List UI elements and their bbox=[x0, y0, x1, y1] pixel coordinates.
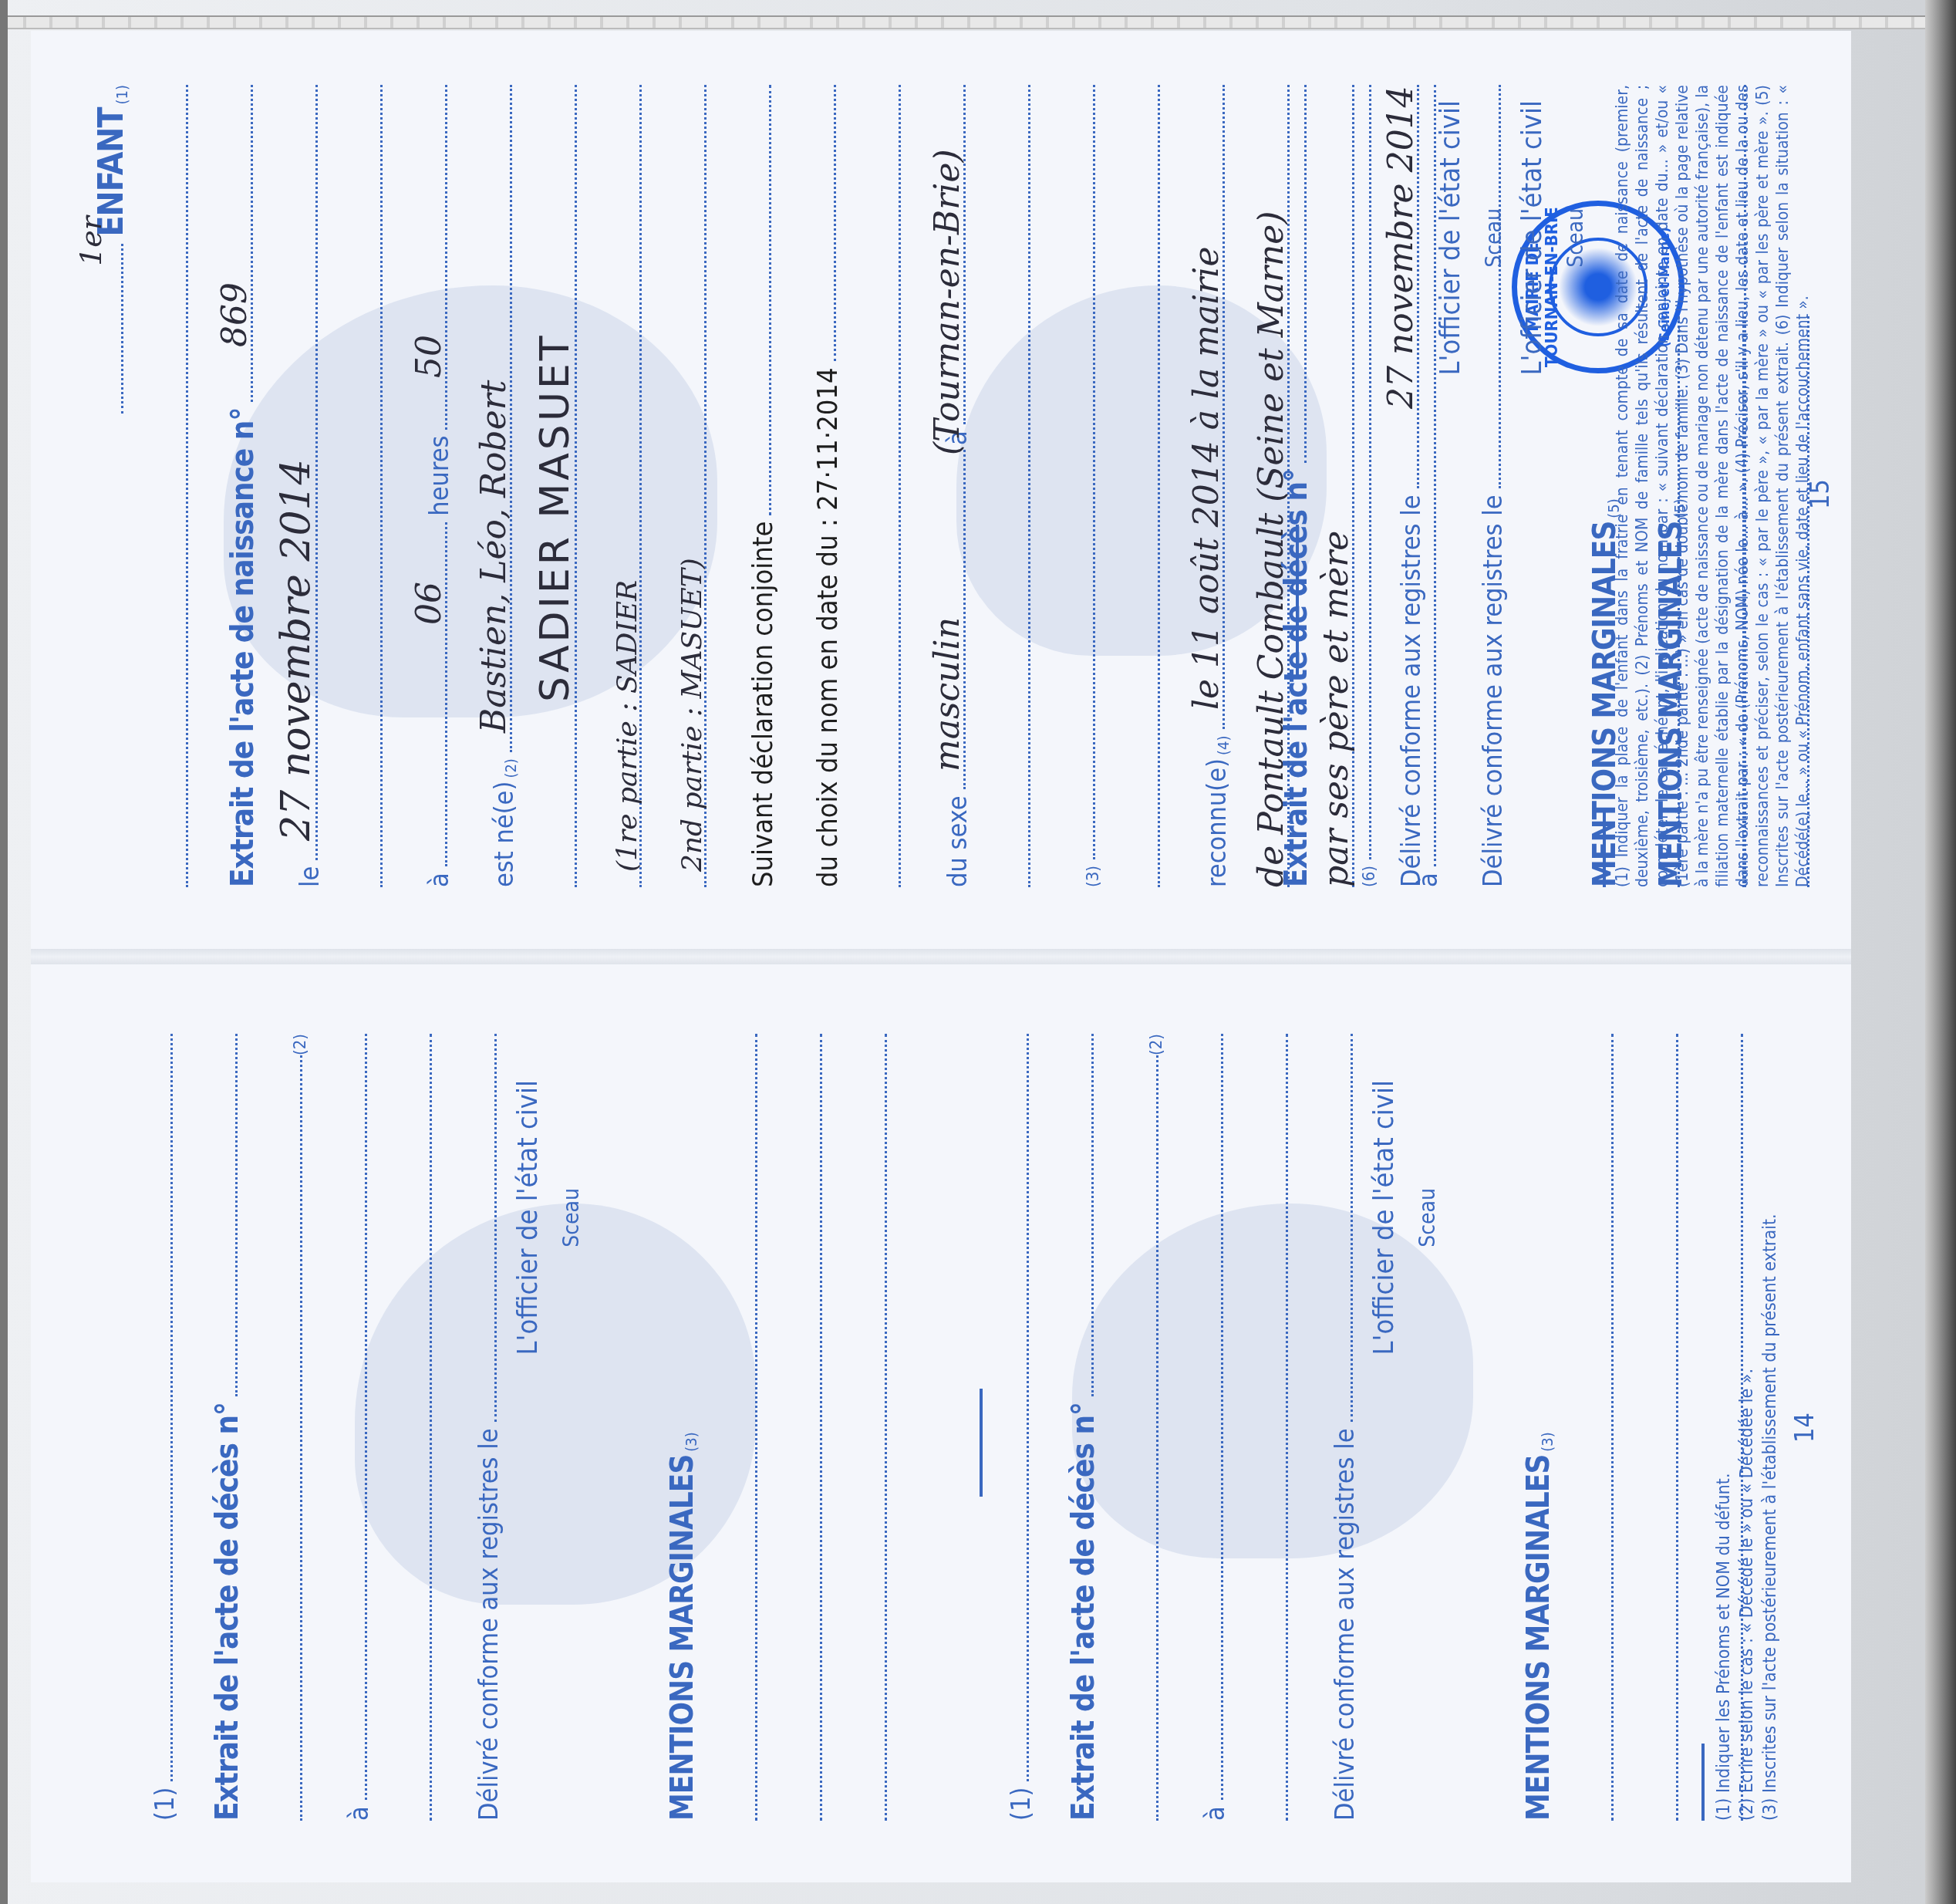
footnote: (2) Ecrire selon le cas : « Décédé le » … bbox=[1735, 1034, 1759, 1821]
name-part-1: (1re partie : SADIER bbox=[612, 580, 643, 872]
page-15: 1er ENFANT (1) Extrait de l'acte de nais… bbox=[31, 31, 1851, 949]
handwritten-rank: 1er bbox=[74, 216, 108, 266]
birth-minutes: 50 bbox=[410, 335, 449, 378]
death-date-field[interactable] bbox=[1369, 85, 1371, 859]
death-extract-1: (1) Extrait de l'acte de décès n° (2) à … bbox=[116, 1034, 895, 1821]
blank-line[interactable] bbox=[186, 85, 188, 887]
mentions-line[interactable] bbox=[820, 1034, 822, 1821]
field-label: à bbox=[424, 873, 455, 887]
livret-de-famille-spread: (1) Extrait de l'acte de décès n° (2) à … bbox=[31, 31, 1851, 1882]
birth-date: 27 novembre 2014 bbox=[273, 459, 319, 841]
mentions-line[interactable] bbox=[885, 1034, 887, 1821]
death-number-field[interactable] bbox=[1091, 1034, 1094, 1396]
field-label: à bbox=[1200, 1806, 1231, 1821]
blank-line[interactable] bbox=[380, 85, 383, 887]
field-label: reconnu(e) bbox=[1202, 758, 1233, 887]
blank-line[interactable] bbox=[769, 85, 771, 515]
section-title: Extrait de l'acte de naissance n° bbox=[225, 408, 261, 887]
section-title: Extrait de l'acte de décès n° bbox=[1279, 469, 1314, 887]
blank-line[interactable] bbox=[1158, 85, 1160, 887]
field-ref: (2) bbox=[501, 758, 520, 778]
field-label: à bbox=[344, 1806, 375, 1821]
footnotes: (1) Indiquer les Prénoms et NOM du défun… bbox=[1712, 1034, 1782, 1821]
field-label: est né(e) bbox=[489, 782, 520, 887]
death-date-field[interactable] bbox=[300, 1055, 302, 1821]
birth-number: 869 bbox=[215, 282, 255, 347]
name-part-2: 2nd partie : MASUET) bbox=[676, 558, 708, 872]
death-place-field-2[interactable] bbox=[1286, 1034, 1288, 1821]
field-label: le bbox=[295, 866, 325, 887]
declaration-text: du choix du nom en date du : 27·11·2014 bbox=[812, 367, 844, 887]
death-date-field[interactable] bbox=[1156, 1055, 1158, 1821]
rank-field[interactable] bbox=[121, 244, 123, 414]
page-number: 14 bbox=[1789, 1413, 1820, 1443]
seal-label: Sceau bbox=[1563, 208, 1588, 268]
sleeve-edge bbox=[0, 0, 8, 1904]
page-14: (1) Extrait de l'acte de décès n° (2) à … bbox=[31, 964, 1851, 1882]
first-names: Bastien, Léo, Robert bbox=[474, 380, 514, 733]
name-field[interactable] bbox=[1027, 1034, 1029, 1781]
delivered-date-field[interactable] bbox=[1499, 85, 1501, 488]
officer-label: L'officier de l'état civil bbox=[1368, 1080, 1400, 1355]
death-place-field-2[interactable] bbox=[430, 1034, 432, 1821]
officer-label: L'officier de l'état civil bbox=[512, 1080, 544, 1355]
field-label: Délivré conforme aux registres le bbox=[1478, 495, 1509, 887]
sleeve-seam bbox=[0, 15, 1928, 29]
booklet-fold bbox=[31, 949, 1851, 964]
place-value: (Tournan-en-Brie) bbox=[928, 149, 967, 455]
field-ref: (1) bbox=[150, 1788, 180, 1821]
field-ref: (3) bbox=[1538, 1432, 1556, 1452]
field-label: Délivré conforme aux registres le bbox=[1330, 1428, 1361, 1821]
officer-label: L'officier de l'état civil bbox=[1516, 100, 1548, 375]
field-ref: (2) bbox=[291, 1034, 310, 1055]
delivered-date-field[interactable] bbox=[494, 1034, 497, 1422]
declaration-text: Suivant déclaration conjointe bbox=[747, 522, 779, 887]
sleeve-edge bbox=[1925, 0, 1956, 1904]
field-label: du sexe bbox=[943, 795, 973, 887]
page-number: 15 bbox=[1805, 479, 1836, 509]
mentions-title: MENTIONS MARGINALES bbox=[1521, 1455, 1556, 1821]
mother-filiation-field[interactable] bbox=[1093, 85, 1095, 859]
seal-label: Sceau bbox=[1415, 1188, 1440, 1247]
field-ref: (6) bbox=[1360, 866, 1379, 887]
section-title: Extrait de l'acte de décès n° bbox=[210, 1403, 245, 1821]
footnote: (1) Indiquer les Prénoms et NOM du défun… bbox=[1712, 1034, 1735, 1821]
mentions-line[interactable] bbox=[755, 1034, 757, 1821]
delivered-date-field[interactable] bbox=[1351, 1034, 1353, 1422]
birth-hour: 06 bbox=[410, 582, 449, 625]
footnote: (1) Indiquer la place de l'enfant dans l… bbox=[1612, 85, 1813, 887]
footnote-rule bbox=[1701, 1744, 1705, 1821]
section-title: Extrait de l'acte de décès n° bbox=[1066, 1403, 1101, 1821]
footnotes: (1) Indiquer la place de l'enfant dans l… bbox=[1612, 85, 1813, 887]
surname: SADIER MASUET bbox=[532, 333, 578, 702]
mentions-title: MENTIONS MARGINALES bbox=[665, 1455, 700, 1821]
death-extract-2: (1) Extrait de l'acte de décès n° (2) à … bbox=[972, 1034, 1751, 1821]
footnote-rule bbox=[1603, 810, 1606, 887]
field-ref: (2) bbox=[1147, 1034, 1166, 1055]
blank-line[interactable] bbox=[834, 85, 836, 361]
death-number-field[interactable] bbox=[235, 1034, 238, 1396]
birth-hour-field[interactable] bbox=[445, 522, 447, 867]
blank-line[interactable] bbox=[899, 85, 901, 887]
mentions-line[interactable] bbox=[1676, 1034, 1678, 1821]
field-ref: (1) bbox=[1006, 1788, 1037, 1821]
field-ref: (3) bbox=[682, 1432, 700, 1452]
death-number-field[interactable] bbox=[1304, 85, 1307, 463]
death-place-field[interactable] bbox=[1221, 1034, 1223, 1800]
seal-label: Sceau bbox=[558, 1188, 584, 1247]
field-ref: (1) bbox=[113, 85, 131, 105]
field-label: heures bbox=[424, 436, 455, 516]
mentions-line[interactable] bbox=[1611, 1034, 1614, 1821]
name-field[interactable] bbox=[170, 1034, 173, 1781]
birth-number-field[interactable] bbox=[251, 85, 253, 402]
death-place-field[interactable] bbox=[365, 1034, 367, 1800]
field-label: Délivré conforme aux registres le bbox=[474, 1428, 504, 1821]
footnote: (3) Inscrites sur l'acte postérieurement… bbox=[1759, 1034, 1782, 1821]
recognition-line-1: le 11 août 2014 à la mairie bbox=[1187, 247, 1226, 710]
field-ref: (3) bbox=[1084, 866, 1103, 887]
death-place-field[interactable] bbox=[1434, 85, 1436, 866]
sex-value: masculin bbox=[928, 617, 967, 771]
field-label: à bbox=[1413, 873, 1444, 887]
field-ref: (4) bbox=[1214, 735, 1233, 755]
blank-line[interactable] bbox=[1028, 85, 1030, 887]
